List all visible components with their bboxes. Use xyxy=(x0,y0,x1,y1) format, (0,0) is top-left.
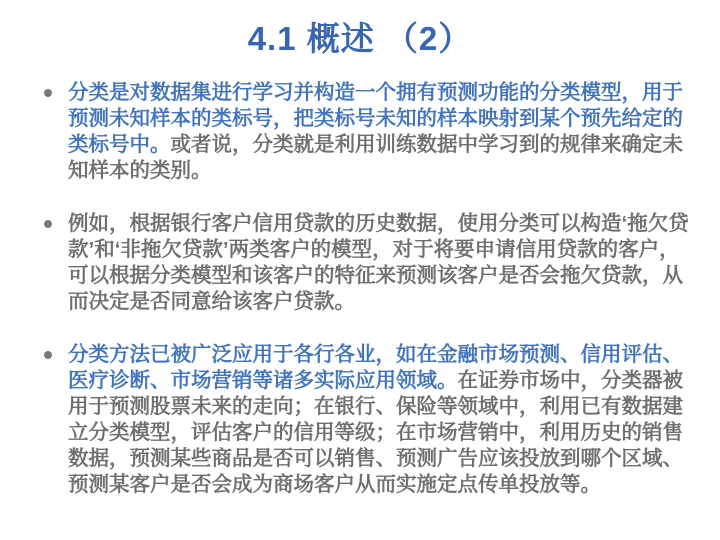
bullet-dot-icon xyxy=(44,220,52,228)
bullet-text: 分类是对数据集进行学习并构造一个拥有预测功能的分类模型，用于预测未知样本的类标号… xyxy=(68,81,683,182)
bullet-list: 分类是对数据集进行学习并构造一个拥有预测功能的分类模型，用于预测未知样本的类标号… xyxy=(0,80,720,498)
bullet-item: 分类是对数据集进行学习并构造一个拥有预测功能的分类模型，用于预测未知样本的类标号… xyxy=(40,80,692,184)
slide-title: 4.1 概述 （2） xyxy=(0,0,720,60)
bullet-dot-icon xyxy=(44,351,52,359)
bullet-item: 分类方法已被广泛应用于各行各业，如在金融市场预测、信用评估、医疗诊断、市场营销等… xyxy=(40,342,692,498)
bullet-item: 例如，根据银行客户信用贷款的历史数据，使用分类可以构造‘拖欠贷款’和‘非拖欠贷款… xyxy=(40,211,692,315)
text-segment: 例如，根据银行客户信用贷款的历史数据，使用分类可以构造‘拖欠贷款’和‘非拖欠贷款… xyxy=(68,212,689,313)
bullet-dot-icon xyxy=(44,89,52,97)
bullet-text: 分类方法已被广泛应用于各行各业，如在金融市场预测、信用评估、医疗诊断、市场营销等… xyxy=(68,343,683,496)
bullet-text: 例如，根据银行客户信用贷款的历史数据，使用分类可以构造‘拖欠贷款’和‘非拖欠贷款… xyxy=(68,212,689,313)
slide: 4.1 概述 （2） 分类是对数据集进行学习并构造一个拥有预测功能的分类模型，用… xyxy=(0,0,720,540)
